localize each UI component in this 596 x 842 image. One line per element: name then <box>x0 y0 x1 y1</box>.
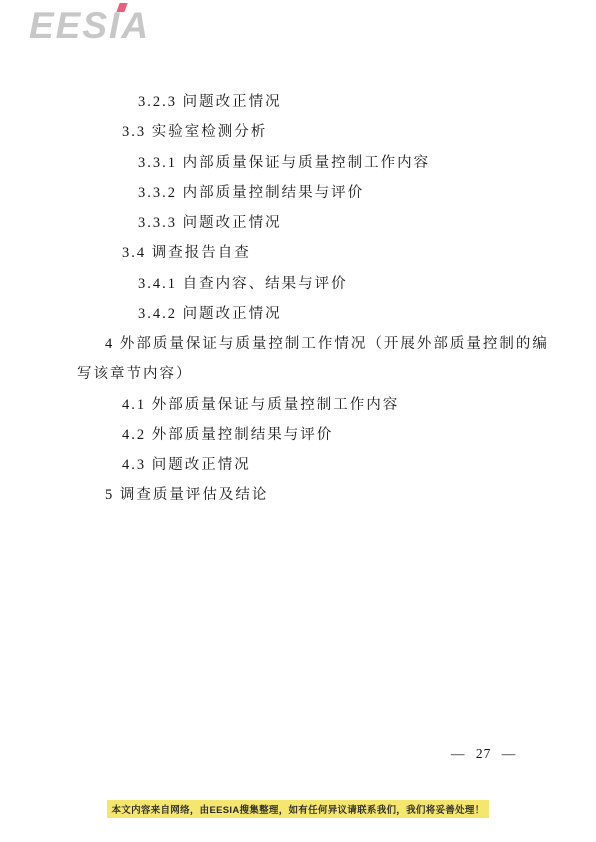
outline-line: 3.4.1 自查内容、结果与评价 <box>77 269 557 299</box>
outline-line: 4.2 外部质量控制结果与评价 <box>77 420 557 450</box>
outline-line: 3.3.1 内部质量保证与质量控制工作内容 <box>77 148 557 178</box>
outline-line: 4 外部质量保证与质量控制工作情况（开展外部质量控制的编 <box>77 329 557 359</box>
outline-line: 写该章节内容） <box>77 359 557 389</box>
logo-text-a: A <box>121 5 150 46</box>
footer-disclaimer-text: 本文内容来自网络，由EESIA搜集整理，如有任何异议请联系我们，我们将妥善处理！ <box>107 800 488 818</box>
outline-line: 4.1 外部质量保证与质量控制工作内容 <box>77 390 557 420</box>
outline-line: 3.4.2 问题改正情况 <box>77 299 557 329</box>
outline-line: 3.3.3 问题改正情况 <box>77 208 557 238</box>
outline-line: 3.2.3 问题改正情况 <box>77 87 557 117</box>
outline-line: 3.4 调查报告自查 <box>77 238 557 268</box>
document-page: EESIA 3.2.3 问题改正情况 3.3 实验室检测分析 3.3.1 内部质… <box>0 0 596 842</box>
outline-line: 5 调查质量评估及结论 <box>77 480 557 510</box>
page-number: — 27 — <box>451 746 516 762</box>
outline-line: 4.3 问题改正情况 <box>77 450 557 480</box>
outline-line: 3.3.2 内部质量控制结果与评价 <box>77 178 557 208</box>
logo-text-ees: EES <box>29 5 109 46</box>
footer-disclaimer: 本文内容来自网络，由EESIA搜集整理，如有任何异议请联系我们，我们将妥善处理！ <box>0 800 596 818</box>
document-outline: 3.2.3 问题改正情况 3.3 实验室检测分析 3.3.1 内部质量保证与质量… <box>77 87 557 511</box>
eesia-logo: EESIA <box>29 6 150 46</box>
outline-line: 3.3 实验室检测分析 <box>77 117 557 147</box>
